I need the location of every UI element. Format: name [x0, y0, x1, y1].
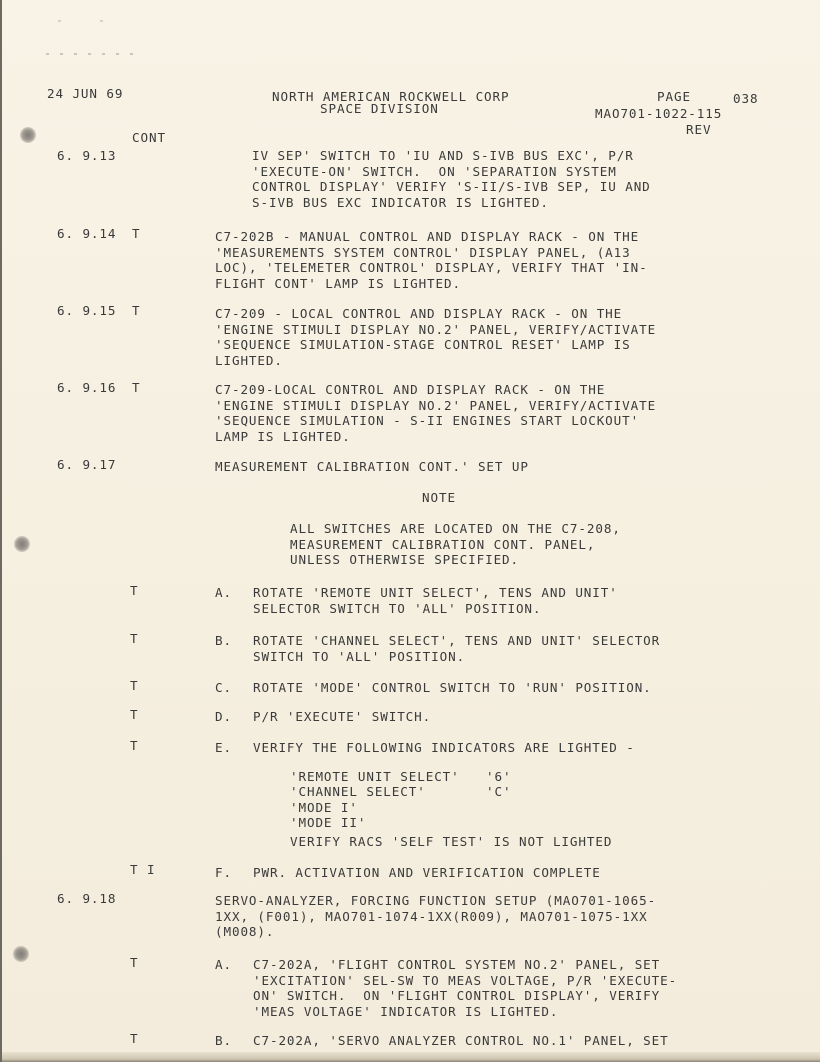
- substep-flag: T: [130, 738, 138, 753]
- substep-flag: T: [130, 707, 138, 722]
- header-rev-label: REV: [686, 122, 711, 137]
- indicator-value: '6': [486, 769, 511, 784]
- step-text: MEASUREMENT CALIBRATION CONT.' SET UP: [215, 459, 529, 474]
- header-date: 24 JUN 69: [47, 86, 123, 101]
- step-flag: T: [132, 303, 140, 318]
- step-number: 6. 9.15: [57, 303, 116, 318]
- header-page-number: 038: [733, 91, 758, 106]
- substep-letter: E.: [215, 740, 232, 755]
- step-text: C7-202B - MANUAL CONTROL AND DISPLAY RAC…: [215, 229, 648, 291]
- indicator-value: 'C': [486, 784, 511, 799]
- substep-text: C7-202A, 'FLIGHT CONTROL SYSTEM NO.2' PA…: [253, 957, 677, 1019]
- indicator-name: 'MODE II': [290, 815, 366, 830]
- substep-letter: A.: [215, 585, 232, 600]
- continued-label: CONT: [132, 130, 166, 145]
- step-flag: T: [132, 380, 140, 395]
- faint-dot-marks: [58, 20, 108, 22]
- substep-flag: T: [130, 1031, 138, 1046]
- substep-flag: T: [130, 631, 138, 646]
- substep-flag: T: [130, 583, 138, 598]
- punch-hole-mark: [14, 536, 30, 552]
- substep-flag: T: [130, 678, 138, 693]
- substep-letter: C.: [215, 680, 232, 695]
- step-number: 6. 9.14: [57, 226, 116, 241]
- page-bottom-edge: [2, 1052, 820, 1062]
- step-text: IV SEP' SWITCH TO 'IU AND S-IVB BUS EXC'…: [252, 148, 651, 210]
- step-number: 6. 9.13: [57, 148, 116, 163]
- header-page-label: PAGE: [657, 89, 691, 104]
- substep-text: ROTATE 'CHANNEL SELECT', TENS AND UNIT' …: [253, 633, 660, 664]
- faint-dot-marks: [46, 53, 136, 55]
- substep-letter: F.: [215, 865, 232, 880]
- punch-hole-mark: [20, 127, 36, 143]
- indicator-name: 'MODE I': [290, 800, 358, 815]
- substep-flag: T I: [130, 862, 155, 877]
- note-title: NOTE: [422, 490, 456, 505]
- header-doc-number: MAO701-1022-115: [595, 106, 722, 121]
- step-number: 6. 9.17: [57, 457, 116, 472]
- indicator-name: VERIFY RACS 'SELF TEST' IS NOT LIGHTED: [290, 834, 612, 849]
- substep-flag: T: [130, 955, 138, 970]
- punch-hole-mark: [13, 946, 29, 962]
- note-text: ALL SWITCHES ARE LOCATED ON THE C7-208, …: [290, 521, 621, 568]
- substep-text: PWR. ACTIVATION AND VERIFICATION COMPLET…: [253, 865, 601, 880]
- indicator-name: 'CHANNEL SELECT': [290, 784, 426, 799]
- step-flag: T: [132, 226, 140, 241]
- document-page: 24 JUN 69 NORTH AMERICAN ROCKWELL CORP S…: [0, 0, 820, 1062]
- substep-letter: D.: [215, 709, 232, 724]
- substep-text: ROTATE 'MODE' CONTROL SWITCH TO 'RUN' PO…: [253, 680, 652, 695]
- substep-letter: B.: [215, 633, 232, 648]
- header-division: SPACE DIVISION: [320, 101, 439, 116]
- substep-text: VERIFY THE FOLLOWING INDICATORS ARE LIGH…: [253, 740, 635, 755]
- step-number: 6. 9.18: [57, 891, 116, 906]
- substep-text: P/R 'EXECUTE' SWITCH.: [253, 709, 431, 724]
- substep-letter: A.: [215, 957, 232, 972]
- substep-text: C7-202A, 'SERVO ANALYZER CONTROL NO.1' P…: [253, 1033, 669, 1048]
- substep-letter: B.: [215, 1033, 232, 1048]
- step-text: C7-209 - LOCAL CONTROL AND DISPLAY RACK …: [215, 306, 656, 368]
- step-text: SERVO-ANALYZER, FORCING FUNCTION SETUP (…: [215, 893, 656, 940]
- step-number: 6. 9.16: [57, 380, 116, 395]
- substep-text: ROTATE 'REMOTE UNIT SELECT', TENS AND UN…: [253, 585, 618, 616]
- indicator-name: 'REMOTE UNIT SELECT': [290, 769, 460, 784]
- step-text: C7-209-LOCAL CONTROL AND DISPLAY RACK - …: [215, 382, 656, 444]
